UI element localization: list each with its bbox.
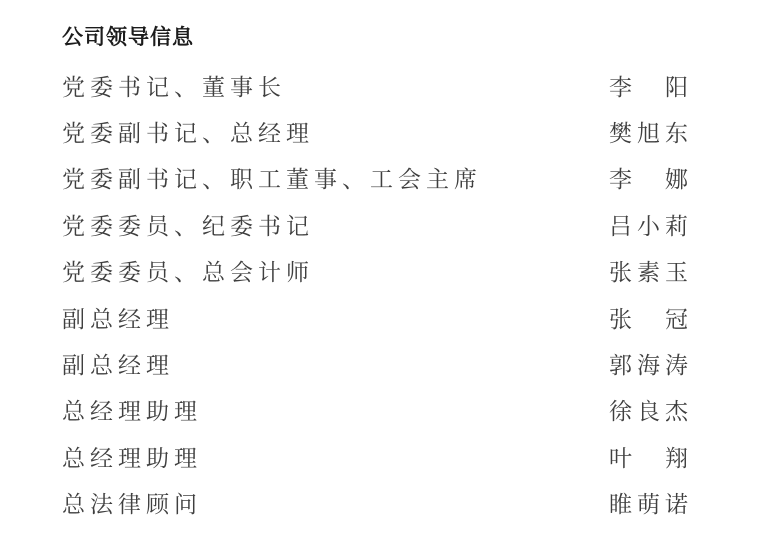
leader-position: 党委委员、总会计师	[62, 254, 609, 287]
leader-position: 副总经理	[62, 347, 609, 380]
leader-name: 张 冠	[609, 301, 697, 334]
leader-name: 李 阳	[609, 69, 697, 102]
leader-position: 党委副书记、总经理	[62, 115, 609, 148]
document-page: 公司领导信息 党委书记、董事长 李 阳 党委副书记、总经理 樊旭东 党委副书记、…	[0, 0, 779, 550]
leader-row: 党委委员、纪委书记 吕小莉	[62, 201, 697, 247]
leader-position: 党委委员、纪委书记	[62, 208, 609, 241]
leader-row: 总经理助理 叶 翔	[62, 433, 697, 479]
leader-row: 党委书记、董事长 李 阳	[62, 62, 697, 108]
leader-name: 张素玉	[609, 254, 697, 287]
leader-name: 李 娜	[609, 161, 697, 194]
leader-name: 叶 翔	[609, 440, 697, 473]
leader-row: 党委副书记、职工董事、工会主席 李 娜	[62, 155, 697, 201]
page-title: 公司领导信息	[62, 24, 697, 52]
leader-row: 副总经理 张 冠	[62, 294, 697, 340]
leader-name: 徐良杰	[609, 393, 697, 426]
leader-row: 总法律顾问 睢萌诺	[62, 480, 697, 526]
leader-name: 睢萌诺	[609, 486, 697, 519]
leader-row: 总经理助理 徐良杰	[62, 387, 697, 433]
leader-list: 党委书记、董事长 李 阳 党委副书记、总经理 樊旭东 党委副书记、职工董事、工会…	[62, 62, 697, 526]
leader-position: 总经理助理	[62, 393, 609, 426]
leader-position: 总法律顾问	[62, 486, 609, 519]
leader-position: 党委书记、董事长	[62, 69, 609, 102]
leader-name: 郭海涛	[609, 347, 697, 380]
leader-position: 总经理助理	[62, 440, 609, 473]
leader-row: 党委副书记、总经理 樊旭东	[62, 108, 697, 154]
leader-position: 副总经理	[62, 301, 609, 334]
leader-position: 党委副书记、职工董事、工会主席	[62, 161, 609, 194]
leader-name: 吕小莉	[609, 208, 697, 241]
leader-row: 党委委员、总会计师 张素玉	[62, 248, 697, 294]
leader-row: 副总经理 郭海涛	[62, 340, 697, 386]
leader-name: 樊旭东	[609, 115, 697, 148]
